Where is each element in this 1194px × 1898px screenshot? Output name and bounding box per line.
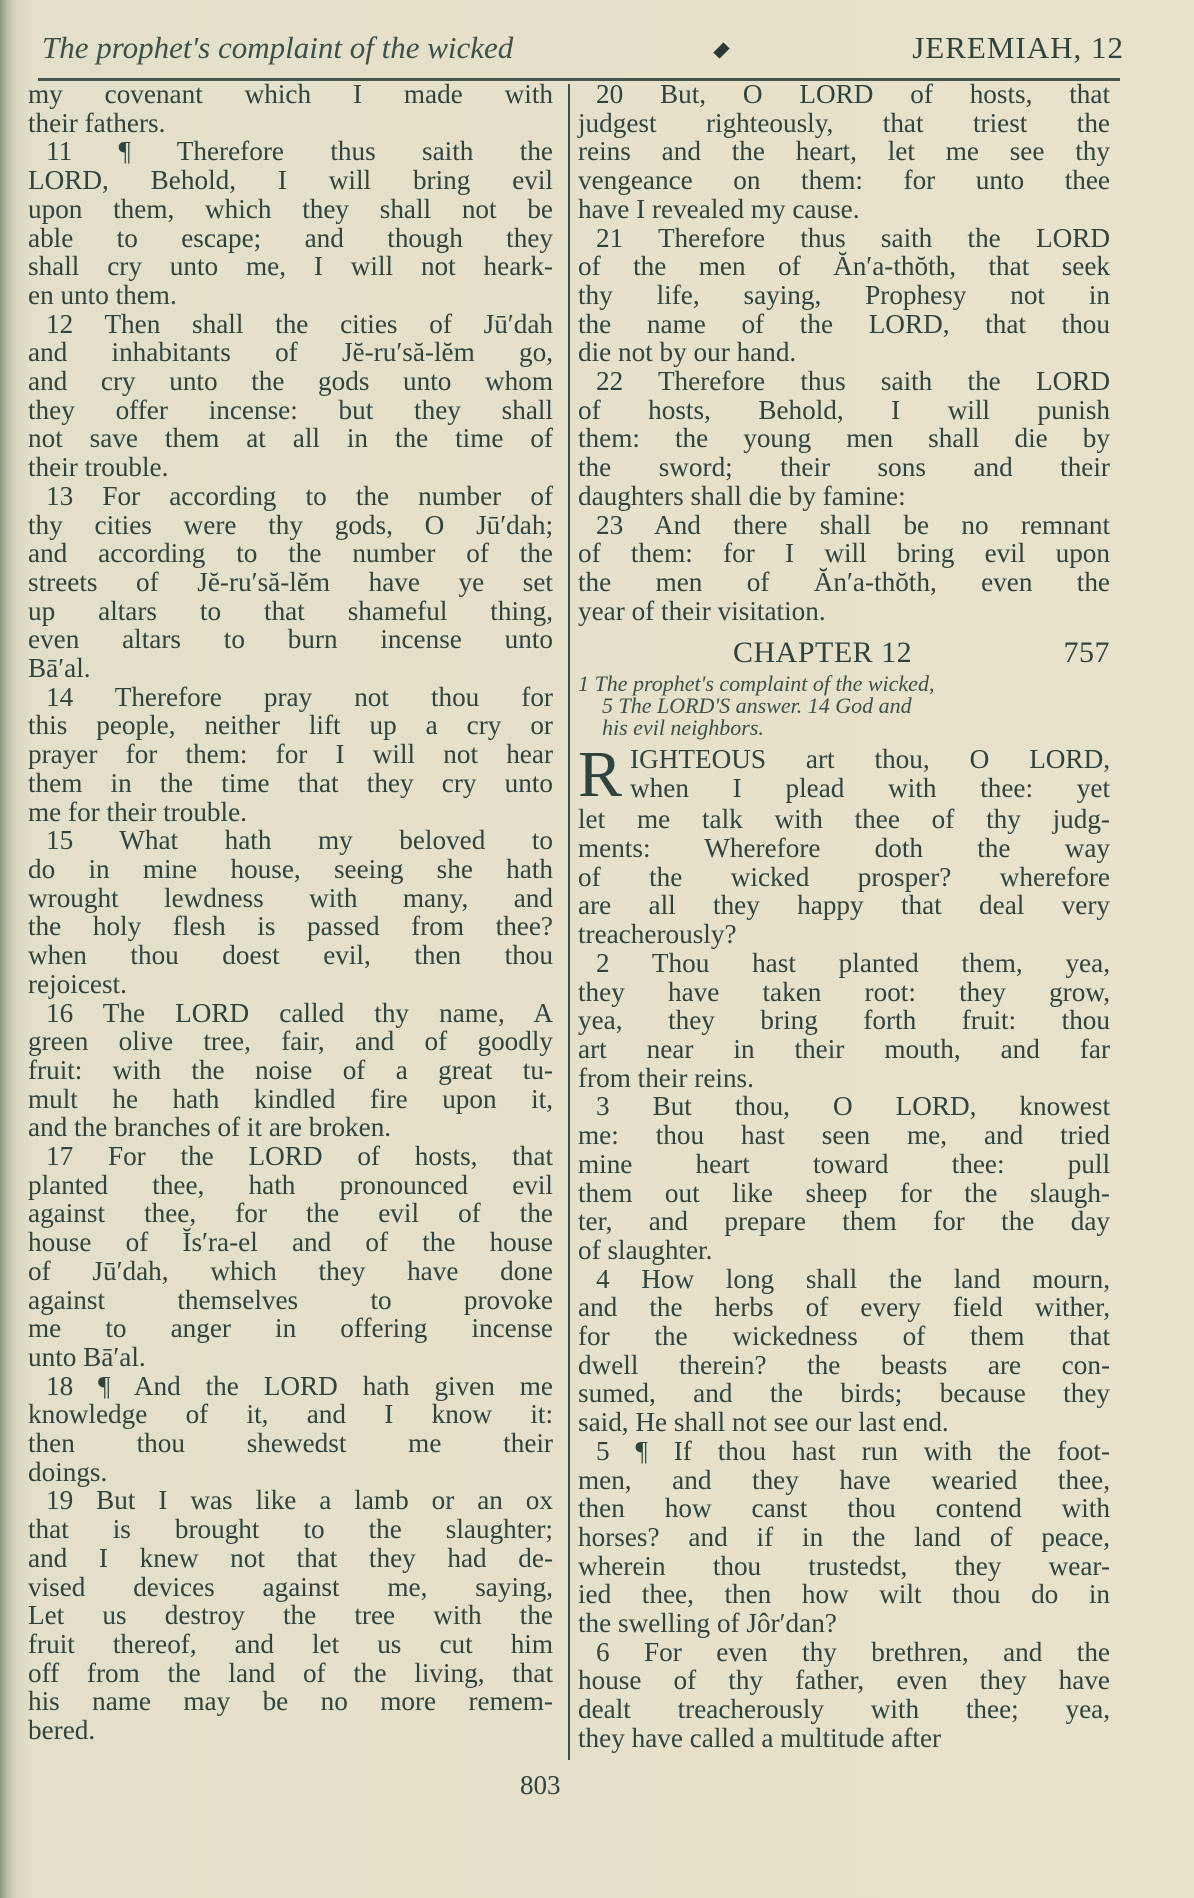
text-line: the holy flesh is passed from thee? [28, 912, 553, 941]
text-line: en unto them. [28, 281, 553, 310]
text-line: yea, they bring forth fruit: thou [578, 1006, 1110, 1035]
text-line: able to escape; and though they [28, 224, 553, 253]
chapter-summary: 1 The prophet's complaint of the wicked,… [578, 673, 1110, 739]
text-line: LORD, Behold, I will bring evil [28, 166, 553, 195]
text-line: Let us destroy the tree with the [28, 1601, 553, 1630]
text-line: mine heart toward thee: pull [578, 1150, 1110, 1179]
verse-start-line: 14 Therefore pray not thou for [28, 683, 553, 712]
chapter-title: CHAPTER 12 [733, 639, 912, 668]
text-line: streets of Jĕ-ru′să-lĕm have ye set [28, 568, 553, 597]
text-line: shall cry unto me, I will not heark- [28, 252, 553, 281]
text-line: ied thee, then how wilt thou do in [578, 1580, 1110, 1609]
verse-start-line: 22 Therefore thus saith the LORD [578, 367, 1110, 396]
text-line: and the herbs of every field wither, [578, 1293, 1110, 1322]
verse-start-line: 6 For even thy brethren, and the [578, 1638, 1110, 1667]
text-line: thy life, saying, Prophesy not in [578, 281, 1110, 310]
verses-chapter-12: let me talk with thee of thy judg-ments:… [578, 805, 1110, 1752]
text-line: house of Ĭs′ra-el and of the house [28, 1228, 553, 1257]
text-line: of Jū′dah, which they have done [28, 1257, 553, 1286]
text-line: of hosts, Behold, I will punish [578, 396, 1110, 425]
right-column: 20 But, O LORD of hosts, thatjudgest rig… [578, 80, 1110, 1753]
text-line: then thou shewedst me their [28, 1429, 553, 1458]
text-line: year of their visitation. [578, 597, 1110, 626]
text-line: have I revealed my cause. [578, 195, 1110, 224]
verse-start-line: 2 Thou hast planted them, yea, [578, 949, 1110, 978]
text-line: they have called a multitude after [578, 1724, 1110, 1753]
text-line: them: the young men shall die by [578, 424, 1110, 453]
text-line: their trouble. [28, 453, 553, 482]
verse-start-line: 17 For the LORD of hosts, that [28, 1142, 553, 1171]
text-line: of the wicked prosper? wherefore [578, 863, 1110, 892]
text-line: me to anger in offering incense [28, 1314, 553, 1343]
verses-chapter-11-end: 20 But, O LORD of hosts, thatjudgest rig… [578, 80, 1110, 625]
text-line: are all they happy that deal very [578, 891, 1110, 920]
text-line: even altars to burn incense unto [28, 625, 553, 654]
text-line: sumed, and the birds; because they [578, 1379, 1110, 1408]
text-line: art near in their mouth, and far [578, 1035, 1110, 1064]
text-line: and I knew not that they had de- [28, 1544, 553, 1573]
summary-line: 5 The LORD'S answer. 14 God and [578, 695, 1110, 717]
text-line: thy cities were thy gods, O Jū′dah; [28, 511, 553, 540]
header-topic: The prophet's complaint of the wicked [42, 30, 513, 66]
text-line: rejoicest. [28, 970, 553, 999]
text-line: when thou doest evil, then thou [28, 941, 553, 970]
column-divider [568, 84, 570, 1760]
text-line: up altars to that shameful thing, [28, 597, 553, 626]
text-line: then how canst thou contend with [578, 1494, 1110, 1523]
text-line: knowledge of it, and I know it: [28, 1400, 553, 1429]
text-line: they have taken root: they grow, [578, 978, 1110, 1007]
text-line: that is brought to the slaughter; [28, 1515, 553, 1544]
text-line: me: thou hast seen me, and tried [578, 1121, 1110, 1150]
text-line: from their reins. [578, 1064, 1110, 1093]
text-line: the sword; their sons and their [578, 453, 1110, 482]
text-line: of them: for I will bring evil upon [578, 539, 1110, 568]
text-line: unto Bā′al. [28, 1343, 553, 1372]
verse-start-line: 5 ¶ If thou hast run with the foot- [578, 1437, 1110, 1466]
text-line: and the branches of it are broken. [28, 1113, 553, 1142]
page-number: 803 [520, 1770, 561, 1801]
text-line: vengeance on them: for unto thee [578, 166, 1110, 195]
diamond-ornament-icon [713, 42, 729, 58]
text-line: the men of Ăn′a-thŏth, even the [578, 568, 1110, 597]
text-line: daughters shall die by famine: [578, 482, 1110, 511]
verse-start-line: 15 What hath my beloved to [28, 826, 553, 855]
verse-start-line: 16 The LORD called thy name, A [28, 999, 553, 1028]
text-line: planted thee, hath pronounced evil [28, 1171, 553, 1200]
verse-start-line: 20 But, O LORD of hosts, that [578, 80, 1110, 109]
text-line: vised devices against me, saying, [28, 1573, 553, 1602]
text-line: and cry unto the gods unto whom [28, 367, 553, 396]
verse-start-line: 18 ¶ And the LORD hath given me [28, 1372, 553, 1401]
text-line: judgest righteously, that triest the [578, 109, 1110, 138]
text-line: and inhabitants of Jĕ-ru′să-lĕm go, [28, 338, 553, 367]
text-line: their fathers. [28, 109, 553, 138]
text-line: and according to the number of the [28, 539, 553, 568]
text-line: reins and the heart, let me see thy [578, 137, 1110, 166]
text-line: do in mine house, seeing she hath [28, 855, 553, 884]
verse-start-line: 19 But I was like a lamb or an ox [28, 1486, 553, 1515]
verse-start-line: 12 Then shall the cities of Jū′dah [28, 310, 553, 339]
text-line: Bā′al. [28, 654, 553, 683]
text-line: them out like sheep for the slaugh- [578, 1179, 1110, 1208]
text-line: they offer incense: but they shall [28, 396, 553, 425]
verse-start-line: 11 ¶ Therefore thus saith the [28, 137, 553, 166]
text-line: bered. [28, 1716, 553, 1745]
text-line: the name of the LORD, that thou [578, 310, 1110, 339]
text-line: said, He shall not see our last end. [578, 1408, 1110, 1437]
text-line: ments: Wherefore doth the way [578, 834, 1110, 863]
chapter-reference-number: 757 [1064, 639, 1111, 668]
verse-start-line: 21 Therefore thus saith the LORD [578, 224, 1110, 253]
text-line: off from the land of the living, that [28, 1659, 553, 1688]
text-line: upon them, which they shall not be [28, 195, 553, 224]
text-line: green olive tree, fair, and of goodly [28, 1027, 553, 1056]
text-line: me for their trouble. [28, 798, 553, 827]
verse-start-line: 23 And there shall be no remnant [578, 511, 1110, 540]
verse-start-line: 3 But thou, O LORD, knowest [578, 1092, 1110, 1121]
text-line: die not by our hand. [578, 338, 1110, 367]
text-line: the swelling of Jôr′dan? [578, 1609, 1110, 1638]
bible-page: The prophet's complaint of the wicked JE… [0, 0, 1194, 1898]
verse-start-line: 4 How long shall the land mourn, [578, 1265, 1110, 1294]
text-line: them in the time that they cry unto [28, 769, 553, 798]
running-header: The prophet's complaint of the wicked JE… [42, 22, 1124, 70]
drop-cap: R [578, 749, 622, 805]
chapter-opening: R IGHTEOUS art thou, O LORD, when I plea… [578, 745, 1110, 802]
text-line: against thee, for the evil of the [28, 1199, 553, 1228]
text-line: doings. [28, 1458, 553, 1487]
summary-line: his evil neighbors. [578, 717, 1110, 739]
text-line: for the wickedness of them that [578, 1322, 1110, 1351]
text-line: when I plead with thee: yet [578, 774, 1110, 803]
text-line: fruit: with the noise of a great tu- [28, 1056, 553, 1085]
text-line: not save them at all in the time of [28, 424, 553, 453]
text-line: house of thy father, even they have [578, 1666, 1110, 1695]
text-line: ter, and prepare them for the day [578, 1207, 1110, 1236]
text-line: of the men of Ăn′a-thŏth, that seek [578, 252, 1110, 281]
text-line: fruit thereof, and let us cut him [28, 1630, 553, 1659]
text-line: horses? and if in the land of peace, [578, 1523, 1110, 1552]
text-line: dealt treacherously with thee; yea, [578, 1695, 1110, 1724]
text-line: against themselves to provoke [28, 1286, 553, 1315]
header-book-chapter: JEREMIAH, 12 [912, 30, 1124, 66]
left-column: my covenant which I made withtheir fathe… [28, 80, 553, 1745]
text-line: his name may be no more remem- [28, 1687, 553, 1716]
chapter-heading: CHAPTER 12 757 [578, 639, 1110, 673]
text-line: dwell therein? the beasts are con- [578, 1351, 1110, 1380]
text-line: let me talk with thee of thy judg- [578, 805, 1110, 834]
text-line: men, and they have wearied thee, [578, 1466, 1110, 1495]
text-line: IGHTEOUS art thou, O LORD, [578, 745, 1110, 774]
verse-start-line: 13 For according to the number of [28, 482, 553, 511]
text-line: my covenant which I made with [28, 80, 553, 109]
text-line: prayer for them: for I will not hear [28, 740, 553, 769]
text-line: wrought lewdness with many, and [28, 884, 553, 913]
text-line: wherein thou trustedst, they wear- [578, 1552, 1110, 1581]
text-line: treacherously? [578, 920, 1110, 949]
text-line: this people, neither lift up a cry or [28, 711, 553, 740]
text-line: of slaughter. [578, 1236, 1110, 1265]
summary-line: 1 The prophet's complaint of the wicked, [578, 673, 1110, 695]
text-line: mult he hath kindled fire upon it, [28, 1085, 553, 1114]
